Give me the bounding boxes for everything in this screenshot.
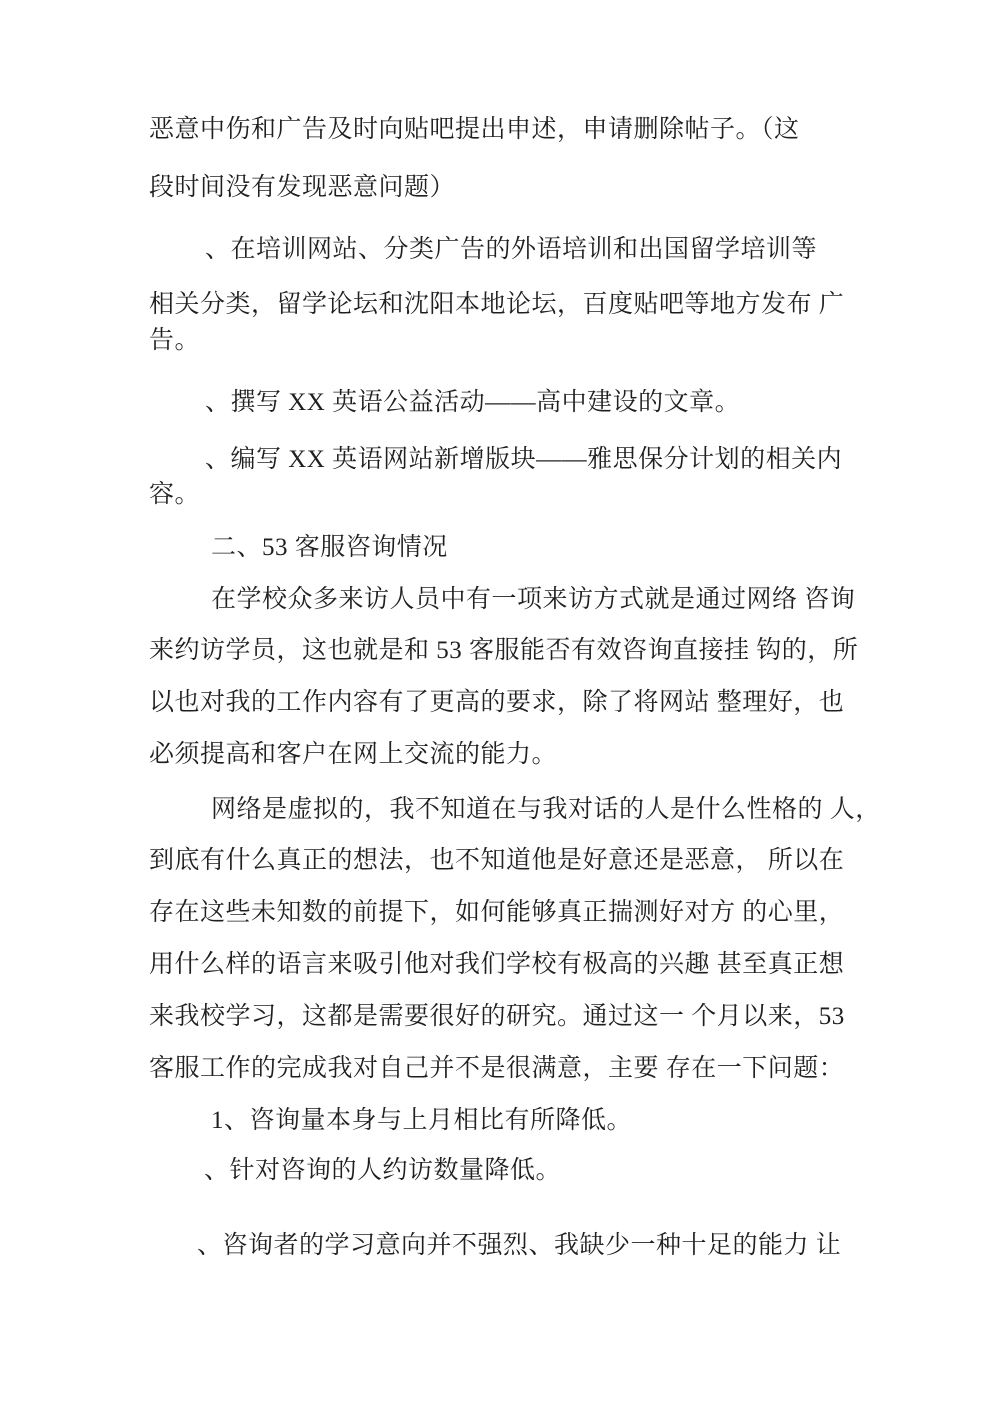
list-item: 、咨询者的学习意向并不强烈、我缺少一种十足的能力 让 [149,1232,869,1260]
text-line: 客服工作的完成我对自己并不是很满意，主要 存在一下问题： [149,1055,869,1083]
text-line: 恶意中伤和广告及时向贴吧提出申述，申请删除帖子。（这 [149,116,869,144]
section-heading: 二、53 客服咨询情况 [149,534,869,562]
text-line: 相关分类，留学论坛和沈阳本地论坛，百度贴吧等地方发布 广 [149,291,869,319]
text-line: 、在培训网站、分类广告的外语培训和出国留学培训等 [149,236,869,264]
text-line: 来约访学员，这也就是和 53 客服能否有效咨询直接挂 钩的，所 [149,637,869,665]
text-line: 网络是虚拟的，我不知道在与我对话的人是什么性格的 人， [149,796,869,824]
text-line: 以也对我的工作内容有了更高的要求，除了将网站 整理好，也 [149,689,869,717]
text-line: 必须提高和客户在网上交流的能力。 [149,741,869,769]
text-line: 存在这些未知数的前提下，如何能够真正揣测好对方 的心里， [149,899,869,927]
text-line: 告。 [149,327,869,355]
text-line: 到底有什么真正的想法，也不知道他是好意还是恶意， 所以在 [149,847,869,875]
text-line: 段时间没有发现恶意问题） [149,174,869,202]
text-line: 在学校众多来访人员中有一项来访方式就是通过网络 咨询 [149,586,869,614]
list-item: 1、咨询量本身与上月相比有所降低。 [149,1107,869,1135]
document-page: 恶意中伤和广告及时向贴吧提出申述，申请删除帖子。（这 段时间没有发现恶意问题） … [0,0,1000,1415]
text-line: 、编写 XX 英语网站新增版块——雅思保分计划的相关内 [149,446,869,474]
document-body-text: 恶意中伤和广告及时向贴吧提出申述，申请删除帖子。（这 段时间没有发现恶意问题） … [149,0,869,1260]
text-line: 来我校学习，这都是需要很好的研究。通过这一 个月以来，53 [149,1003,869,1031]
list-item: 、针对咨询的人约访数量降低。 [149,1157,869,1185]
text-line: 用什么样的语言来吸引他对我们学校有极高的兴趣 甚至真正想 [149,951,869,979]
text-line: 容。 [149,481,869,509]
text-line: 、撰写 XX 英语公益活动——高中建设的文章。 [149,389,869,417]
